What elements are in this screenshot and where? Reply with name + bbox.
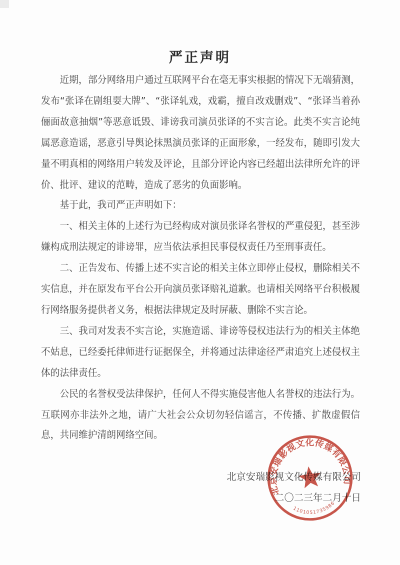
paragraph-point-3: 三、我司对发表不实言论，实施造谣、诽谤等侵权违法行为的相关主体绝不姑息，已经委托… <box>41 322 360 385</box>
scan-artifact <box>0 0 9 8</box>
seal-star-icon <box>297 465 322 489</box>
document-title: 严正声明 <box>0 46 400 66</box>
document-body: 近期，部分网络用户通过互联网平台在毫无事实根据的情况下无端猜测，发布“张译在剧组… <box>41 71 360 447</box>
paragraph-point-2: 二、正告发布、传播上述不实言论的相关主体立即停止侵权，删除相关不实信息，并在原发… <box>41 259 360 322</box>
paragraph-declare-lead: 基于此，我司严正声明如下： <box>41 196 360 217</box>
paragraph-point-1: 一、相关主体的上述行为已经构成对演员张译名誉权的严重侵犯，甚至涉嫌构成刑法规定的… <box>41 217 360 259</box>
statement-document: 严正声明 近期，部分网络用户通过互联网平台在毫无事实根据的情况下无端猜测，发布“… <box>0 0 400 565</box>
svg-text:1101051735986: 1101051735986 <box>291 500 337 519</box>
seal-company-text: 北京安瑞影视文化传媒有限公司 <box>261 430 355 496</box>
seal-number-text: 1101051735986 <box>291 500 337 519</box>
company-seal-stamp: 北京安瑞影视文化传媒有限公司 1101051735986 <box>259 427 361 529</box>
svg-text:北京安瑞影视文化传媒有限公司: 北京安瑞影视文化传媒有限公司 <box>261 430 355 496</box>
paragraph-intro: 近期，部分网络用户通过互联网平台在毫无事实根据的情况下无端猜测，发布“张译在剧组… <box>41 71 360 196</box>
